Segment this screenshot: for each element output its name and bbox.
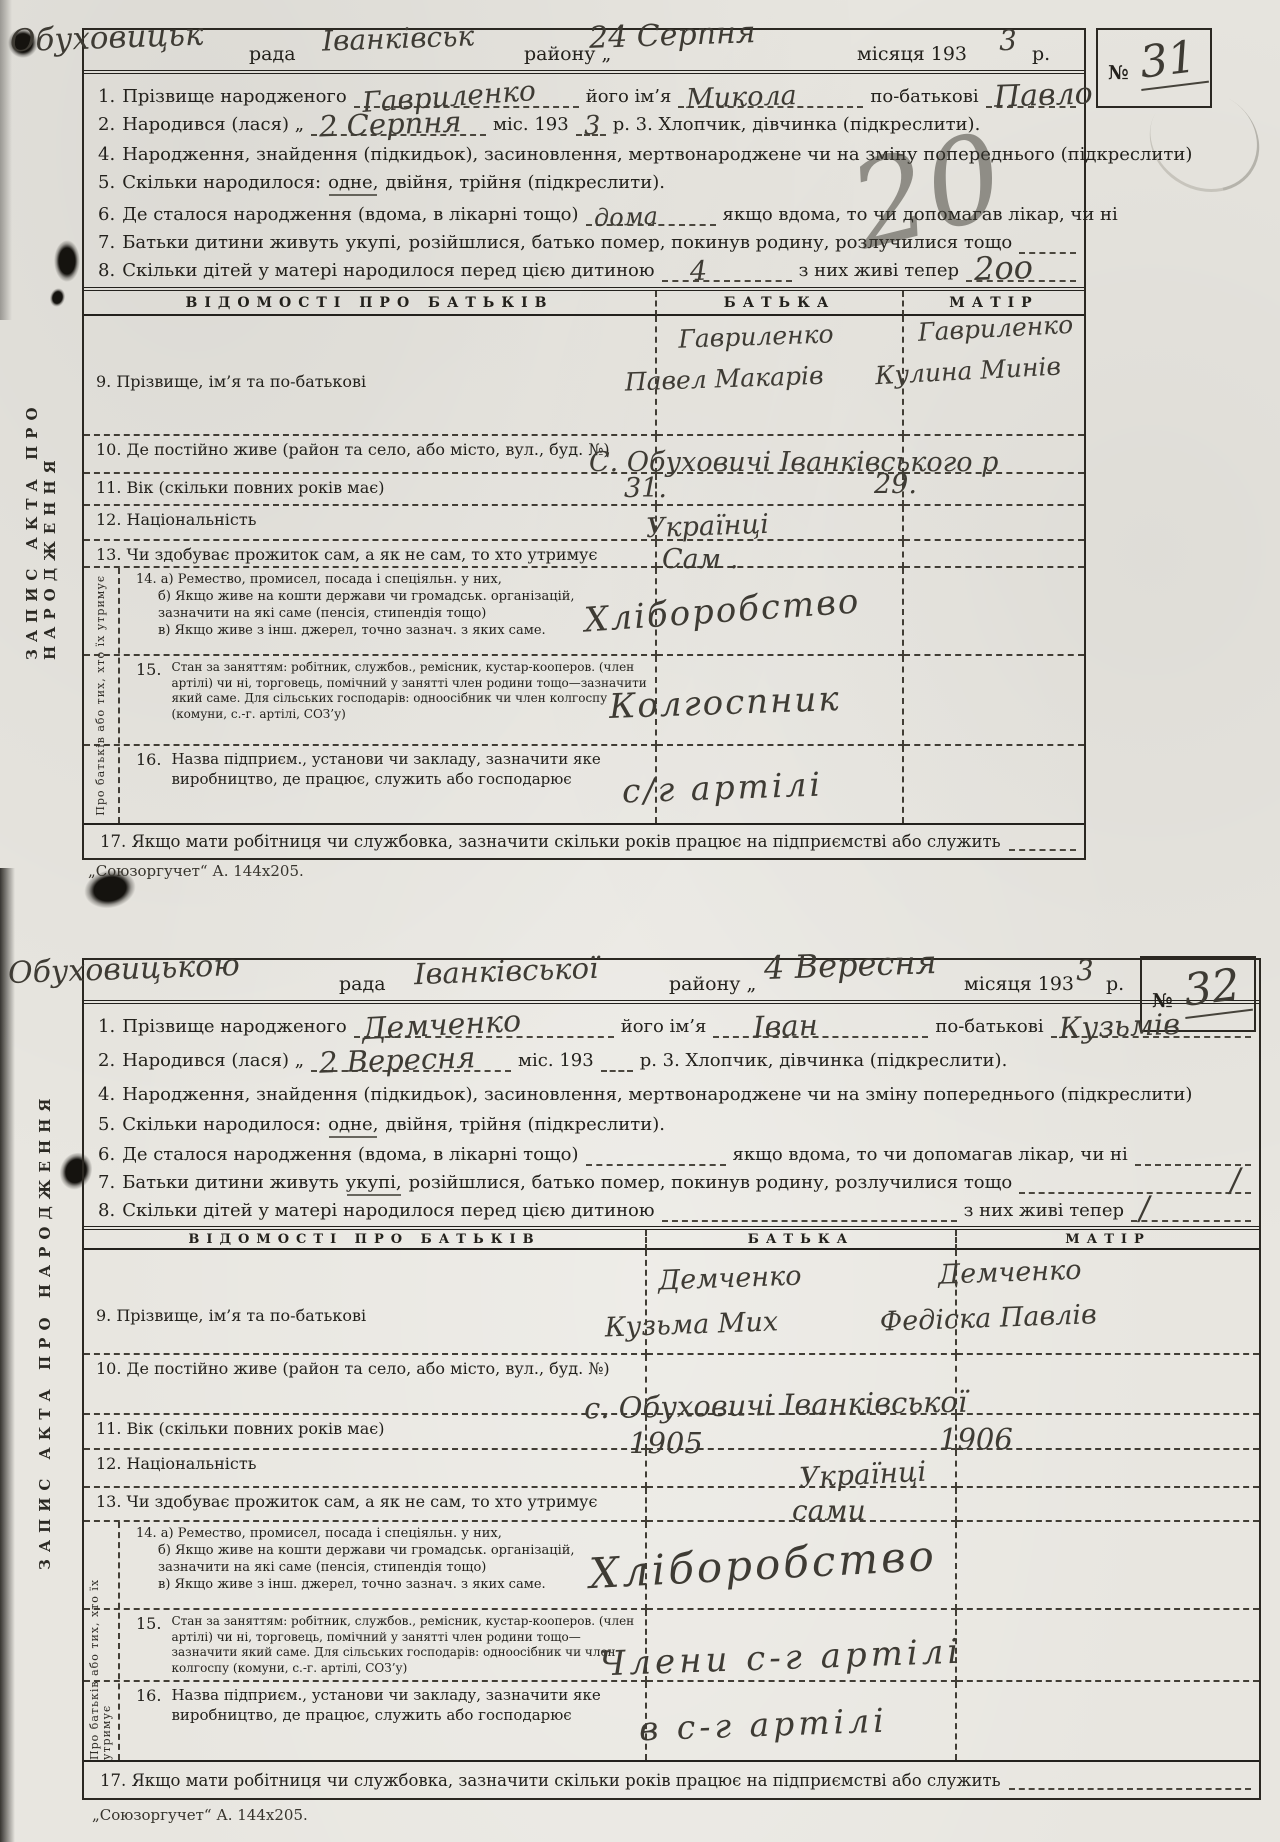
- row-number: 15.: [136, 660, 161, 722]
- row-number: 15.: [136, 1614, 161, 1676]
- birth-place-label: Де сталося народження (вдома, в лікарні …: [122, 1144, 578, 1166]
- children-alive-label: з них живі тепер: [964, 1200, 1124, 1222]
- birth-record-form-32: Обуховицькою рада Іванківської району „ …: [82, 958, 1261, 1800]
- month-label: місяця 193: [857, 43, 967, 65]
- row13-label: 13. Чи здобуває прожиток сам, а як не са…: [84, 541, 657, 568]
- mother-name-handwritten: Демченко Федіска Павлів: [878, 1248, 1098, 1345]
- given-name-label: його ім’я: [621, 1016, 707, 1038]
- row16-text: Назва підприєм., установи чи закладу, за…: [171, 1686, 637, 1725]
- enterprise-handwritten: в с-г артілі: [638, 1694, 888, 1757]
- line-number: 7.: [98, 1172, 115, 1194]
- mother-column-header: МАТІР: [957, 1230, 1259, 1250]
- line-number: 4.: [98, 1084, 115, 1106]
- parents-status-field: /: [1019, 1166, 1251, 1194]
- mother-name-handwritten: Гавриленко Кулина Минів: [872, 304, 1076, 397]
- council-label: рада: [249, 43, 296, 65]
- row10-mother-cell: [957, 1355, 1259, 1415]
- line-number: 1.: [98, 1016, 115, 1038]
- birth-date-handwritten: 2 Вересня: [319, 1040, 477, 1079]
- line-number: 5.: [98, 172, 115, 194]
- birth-date-field: 2 Серпня: [311, 108, 486, 136]
- surname-field: Гавриленко: [354, 80, 579, 108]
- year-suffix: р.: [1032, 43, 1050, 65]
- district-name-handwritten: Іванківської: [413, 951, 598, 991]
- form-line-4: 4. Народження, знайдення (підкидьок), за…: [98, 1080, 1251, 1106]
- table-title: ВІДОМОСТІ ПРО БАТЬКІВ: [84, 291, 657, 316]
- row14-label: 14. а) Ремество, промисел, посада і спец…: [84, 568, 657, 656]
- mother-age-handwritten: 1906: [939, 1416, 1013, 1464]
- parents-status-label: Батьки дитини живуть: [122, 1172, 338, 1194]
- patronymic-handwritten: Кузьмів: [1058, 1007, 1180, 1045]
- number-sign: №: [1108, 62, 1129, 84]
- birth-date-field: 2 Вересня: [311, 1044, 511, 1072]
- parents-status-label: Батьки дитини живуть: [122, 232, 338, 254]
- district-name-handwritten: Іванківськ: [321, 19, 474, 57]
- birth-place-field: [586, 1138, 726, 1166]
- row12-mother-cell: [904, 506, 1084, 541]
- children-before-label: Скільки дітей у матері народилося перед …: [122, 260, 654, 282]
- mother-worker-field: [1009, 825, 1076, 851]
- form-header: Обуховицькою рада Іванківської району „ …: [84, 960, 1259, 1004]
- mother-worker-label: 17. Якщо мати робітниця чи службовка, за…: [100, 1771, 1001, 1790]
- row14-label: 14. а) Ремество, промисел, посада і спец…: [84, 1522, 647, 1610]
- multiples-label-rest: двійня, трійня (підкреслити).: [385, 172, 665, 194]
- multiples-one-underlined: одне,: [328, 1114, 378, 1136]
- form-line-17: 17. Якщо мати робітниця чи службовка, за…: [100, 827, 1076, 851]
- row15-text: Стан за заняттям: робітник, службов., ре…: [171, 1614, 637, 1676]
- surname-label: Прізвище народженого: [122, 1016, 347, 1038]
- enterprise-handwritten: с/г артілі: [621, 758, 824, 819]
- multiples-label: Скільки народилося:: [122, 172, 321, 194]
- line-number: 4.: [98, 144, 115, 166]
- doctor-label: якщо вдома, то чи допомагав лікар, чи ні: [733, 1144, 1128, 1166]
- row9-label: 9. Прізвище, ім’я та по-батькові: [84, 316, 657, 436]
- year-suffix: р.: [1106, 973, 1124, 995]
- line-number: 8.: [98, 260, 115, 282]
- row15-mother-cell: [904, 656, 1084, 746]
- surname-label: Прізвище народженого: [122, 86, 347, 108]
- row10-label: 10. Де постійно живе (район та село, або…: [84, 1355, 647, 1415]
- row13-mother-cell: [904, 541, 1084, 568]
- margin-title-vertical: ЗАПИС АКТА ПРО НАРОДЖЕННЯ: [28, 190, 54, 660]
- patronymic-field: Павло: [986, 80, 1076, 108]
- row15-mother-cell: [957, 1610, 1259, 1682]
- scanned-birth-register-page: ЗАПИС АКТА ПРО НАРОДЖЕННЯ ЗАПИС АКТА ПРО…: [0, 0, 1280, 1842]
- row15-label: 15. Стан за заняттям: робітник, службов.…: [84, 656, 657, 746]
- given-name-label: його ім’я: [586, 86, 672, 108]
- row12-label: 12. Національність: [84, 506, 657, 541]
- birth-year-digit-handwritten: 3: [583, 111, 601, 142]
- children-before-handwritten: 4: [689, 256, 707, 288]
- line-number: 2.: [98, 114, 115, 136]
- registration-date-handwritten: 24 Серпня: [588, 15, 756, 56]
- given-name-field: Іван: [713, 1010, 928, 1038]
- form-line-1: 1. Прізвище народженого Гавриленко його …: [98, 82, 1076, 108]
- birth-year-field: [601, 1044, 633, 1072]
- form-line-17: 17. Якщо мати робітниця чи службовка, за…: [100, 1766, 1251, 1790]
- record-number-box: № 31: [1096, 28, 1212, 108]
- row14-mother-cell: [904, 568, 1084, 656]
- father-age-handwritten: 1905: [629, 1420, 703, 1468]
- children-alive-handwritten: /: [1138, 1189, 1150, 1227]
- row14-item-c: в) Якщо живе з інш. джерел, точно зазнач…: [136, 1577, 637, 1594]
- form-line-7: 7. Батьки дитини живуть укупі, розійшлис…: [98, 1168, 1251, 1194]
- row-number: 16.: [136, 1686, 161, 1725]
- row16-mother-cell: [957, 1682, 1259, 1760]
- sex-label: р. 3. Хлопчик, дівчинка (підкреслити).: [640, 1050, 1008, 1072]
- form-line-5: 5. Скільки народилося: одне, двійня, трі…: [98, 1110, 1251, 1136]
- birth-year-field: 3: [576, 108, 606, 136]
- registration-date-handwritten: 4 Вересня: [763, 943, 937, 987]
- printer-imprint: „Союзоргучет“ А. 144x205.: [92, 1806, 308, 1824]
- month-label: місяця 193: [964, 973, 1074, 995]
- district-label: району „: [669, 973, 756, 995]
- status-handwritten: Колгоспник: [608, 671, 841, 735]
- council-name-handwritten: Обуховицькою: [7, 948, 240, 991]
- line-number: 8.: [98, 1200, 115, 1222]
- printer-imprint: „Союзоргучет“ А. 144x205.: [88, 862, 304, 880]
- line-number: 2.: [98, 1050, 115, 1072]
- birth-year-label: міс. 193: [493, 114, 569, 136]
- record-number-handwritten: 31: [1135, 30, 1209, 91]
- row14-mother-cell: [957, 1522, 1259, 1610]
- parents-details-table: ВІДОМОСТІ ПРО БАТЬКІВ БАТЬКА МАТІР 9. Пр…: [84, 1226, 1259, 1762]
- children-alive-field: /: [1131, 1194, 1251, 1222]
- form-line-8: 8. Скільки дітей у матері народилося пер…: [98, 1196, 1251, 1222]
- children-alive-handwritten: 2оо: [973, 248, 1033, 288]
- parents-details-table: ВІДОМОСТІ ПРО БАТЬКІВ БАТЬКА МАТІР 9. Пр…: [84, 287, 1084, 825]
- children-before-field: [662, 1194, 957, 1222]
- given-name-handwritten: Іван: [753, 1008, 819, 1044]
- line-number: 6.: [98, 1144, 115, 1166]
- birth-type-label: Народження, знайдення (підкидьок), засин…: [122, 1084, 1192, 1106]
- row14-item-a: 14. а) Ремество, промисел, посада і спец…: [136, 572, 647, 589]
- row13-mother-cell: [957, 1488, 1259, 1522]
- children-before-field: 4: [662, 254, 792, 282]
- birth-record-form-31: 20 Обуховицьк рада Іванківськ району „ 2…: [82, 28, 1086, 860]
- form-line-2: 2. Народився (лася) „ 2 Вересня міс. 193…: [98, 1046, 1251, 1072]
- row11-label: 11. Вік (скільки повних років має): [84, 1415, 647, 1450]
- father-column-header: БАТЬКА: [657, 291, 904, 316]
- children-before-label: Скільки дітей у матері народилося перед …: [122, 1200, 654, 1222]
- table-title: ВІДОМОСТІ ПРО БАТЬКІВ: [84, 1230, 647, 1250]
- multiples-label: Скільки народилося:: [122, 1114, 321, 1136]
- mother-age-handwritten: 29.: [874, 463, 917, 508]
- year-digit-handwritten: 3: [1075, 954, 1094, 988]
- line-number: 5.: [98, 1114, 115, 1136]
- father-age-handwritten: 31.: [624, 467, 667, 512]
- row16-label: 16. Назва підприєм., установи чи закладу…: [84, 746, 657, 823]
- patronymic-label: по-батькові: [935, 1016, 1043, 1038]
- parents-together-word: укупі,: [346, 232, 402, 254]
- parents-together-word-underlined: укупі,: [346, 1172, 402, 1194]
- birth-place-label: Де сталося народження (вдома, в лікарні …: [122, 204, 578, 226]
- birth-place-field: дома: [586, 198, 716, 226]
- multiples-one-underlined: одне,: [328, 172, 378, 194]
- form-line-1: 1. Прізвище народженого Демченко його ім…: [98, 1012, 1251, 1038]
- row13-label: 13. Чи здобуває прожиток сам, а як не са…: [84, 1488, 647, 1522]
- row14-item-a: 14. а) Ремество, промисел, посада і спец…: [136, 1526, 637, 1543]
- birth-date-label: Народився (лася) „: [122, 114, 304, 136]
- birth-date-handwritten: 2 Серпня: [318, 105, 462, 144]
- row16-mother-cell: [904, 746, 1084, 823]
- mother-worker-field: [1009, 1764, 1251, 1790]
- father-column-header: БАТЬКА: [647, 1230, 957, 1250]
- surname-field: Демченко: [354, 1010, 614, 1038]
- row16-text: Назва підприєм., установи чи закладу, за…: [171, 750, 647, 789]
- row12-label: 12. Національність: [84, 1450, 647, 1488]
- row14-item-c: в) Якщо живе з інш. джерел, точно зазнач…: [136, 623, 647, 640]
- line-number: 1.: [98, 86, 115, 108]
- patronymic-field: Кузьмів: [1051, 1010, 1251, 1038]
- row10-label: 10. Де постійно живе (район та село, або…: [84, 436, 657, 474]
- year-digit-handwritten: 3: [998, 24, 1017, 58]
- form-line-6: 6. Де сталося народження (вдома, в лікар…: [98, 1140, 1251, 1166]
- council-label: рада: [339, 973, 386, 995]
- council-name-handwritten: Обуховицьк: [9, 17, 204, 60]
- support-handwritten: Сам .: [662, 538, 738, 583]
- parents-status-label-rest: розійшлися, батько помер, покинув родину…: [409, 1172, 1013, 1194]
- side-note-strip: Про батьків або тих, хто їх утримує: [84, 568, 120, 823]
- row-number: 16.: [136, 750, 161, 789]
- multiples-label-rest: двійня, трійня (підкреслити).: [385, 1114, 665, 1136]
- row15-text: Стан за заняттям: робітник, службов., ре…: [171, 660, 647, 722]
- side-note-strip: Про батьків або тих, хто їх утримує: [84, 1522, 120, 1760]
- row11-label: 11. Вік (скільки повних років має): [84, 474, 657, 506]
- form-header: Обуховицьк рада Іванківськ району „ 24 С…: [84, 30, 1084, 74]
- margin-title-vertical: ЗАПИС АКТА ПРО НАРОДЖЕННЯ: [32, 1090, 58, 1570]
- father-name-handwritten: Демченко Кузьма Мих: [603, 1255, 804, 1351]
- patronymic-label: по-батькові: [870, 86, 978, 108]
- row14-item-b: б) Якщо живе на кошти держави чи громадс…: [136, 589, 647, 623]
- birth-year-label: міс. 193: [518, 1050, 594, 1072]
- row16-label: 16. Назва підприєм., установи чи закладу…: [84, 1682, 647, 1760]
- row15-label: 15. Стан за заняттям: робітник, службов.…: [84, 1610, 647, 1682]
- mother-worker-label: 17. Якщо мати робітниця чи службовка, за…: [100, 832, 1001, 851]
- given-name-field: Микола: [678, 80, 863, 108]
- patronymic-handwritten: Павло: [993, 76, 1093, 114]
- line-number: 6.: [98, 204, 115, 226]
- torn-edge-left: [0, 868, 15, 1842]
- father-name-handwritten: Гавриленко Павел Макарів: [623, 313, 836, 403]
- line-number: 7.: [98, 232, 115, 254]
- row9-label: 9. Прізвище, ім’я та по-батькові: [84, 1250, 647, 1355]
- birth-type-label: Народження, знайдення (підкидьок), засин…: [122, 144, 1192, 166]
- children-alive-field: 2оо: [966, 254, 1076, 282]
- birth-date-label: Народився (лася) „: [122, 1050, 304, 1072]
- row14-item-b: б) Якщо живе на кошти держави чи громадс…: [136, 1543, 637, 1577]
